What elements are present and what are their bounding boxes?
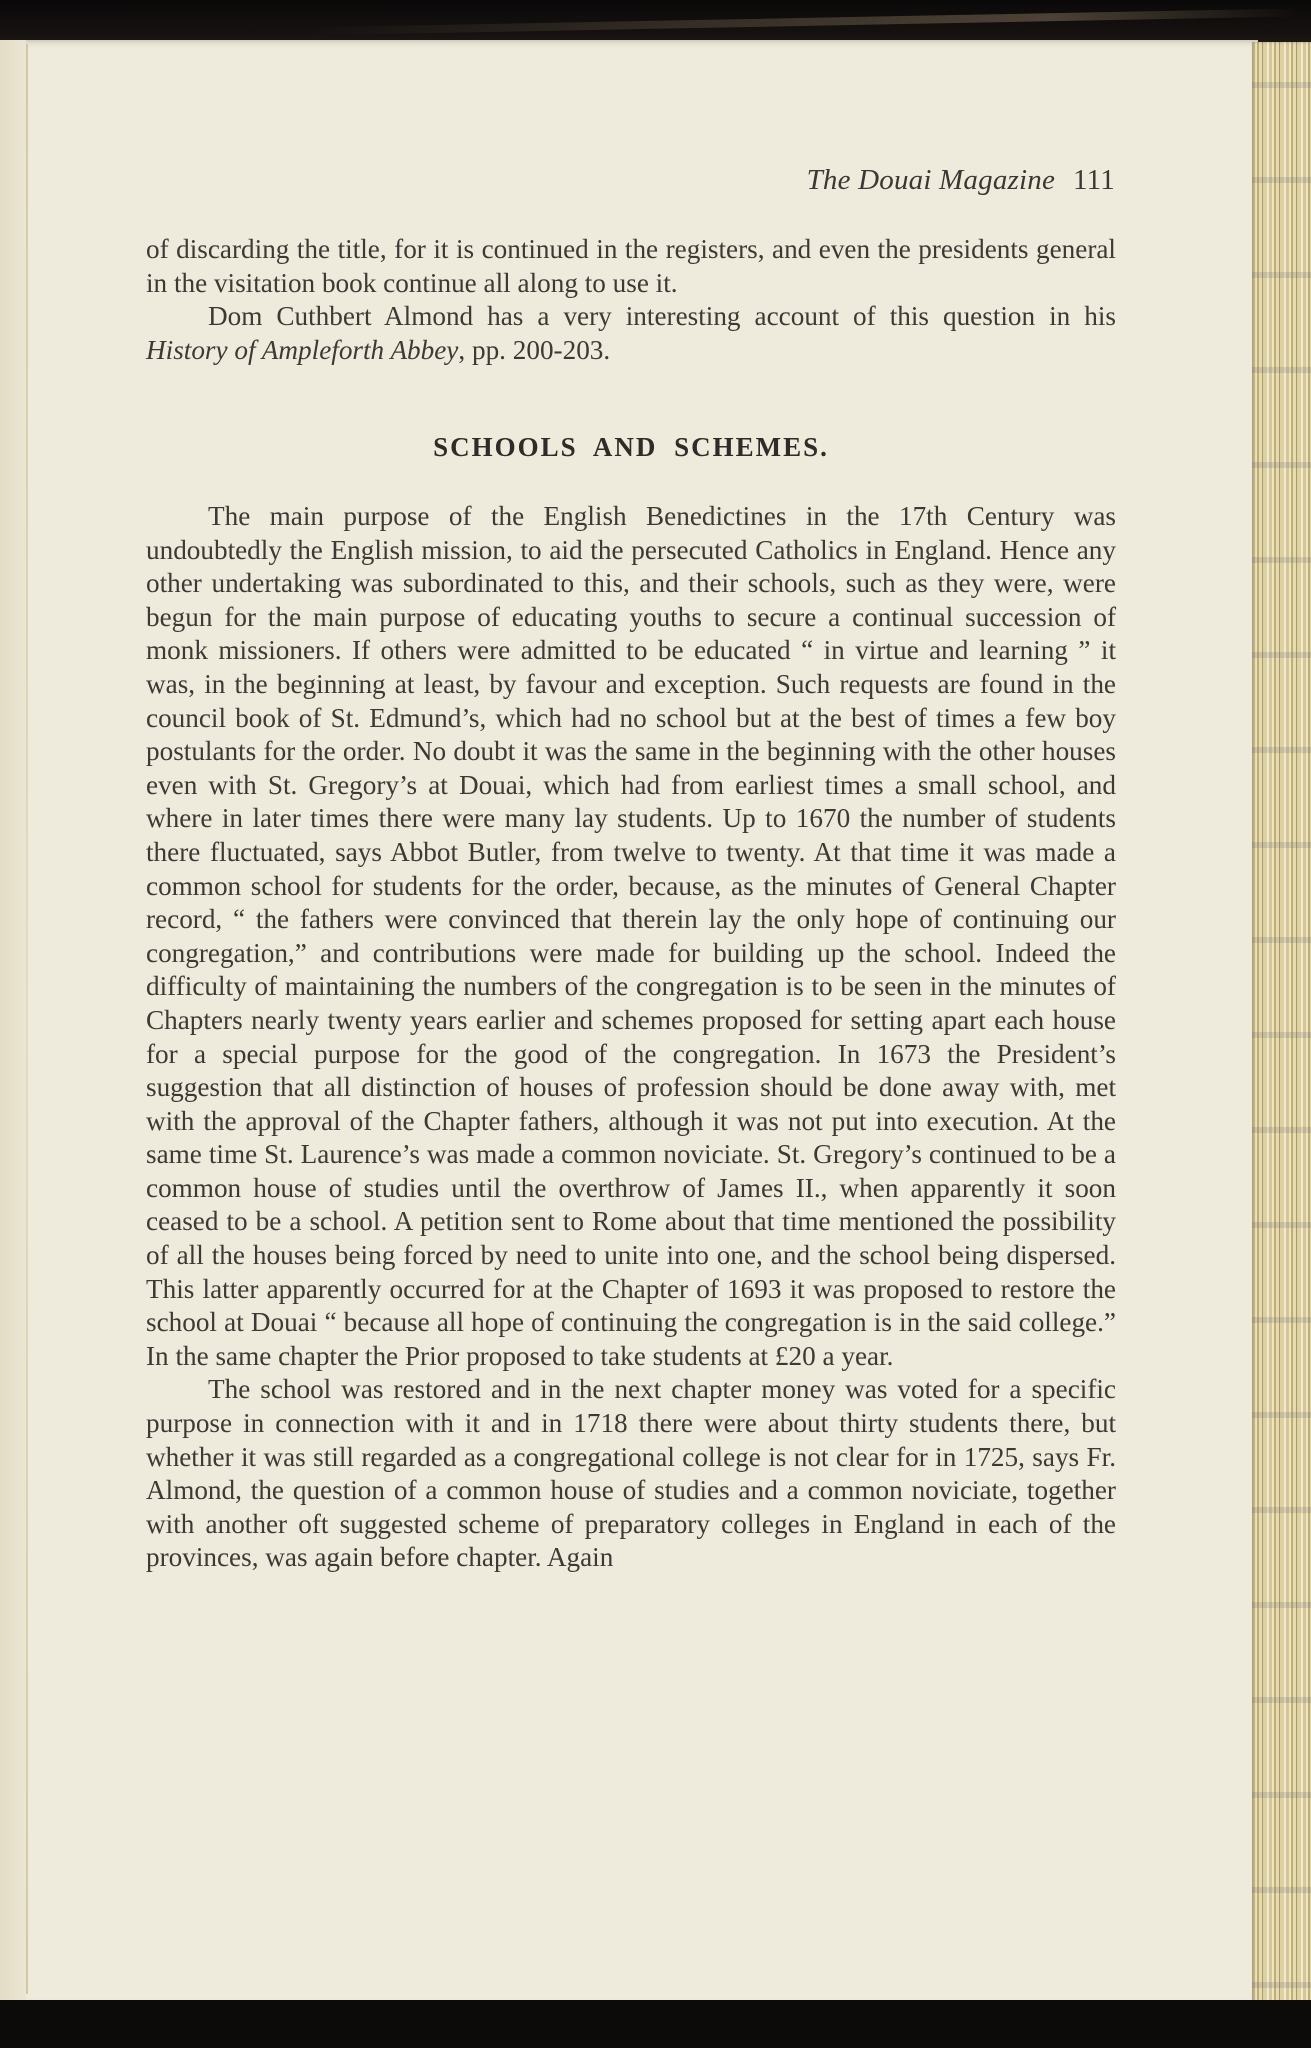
book-cover-edge [300, 8, 1300, 35]
citation-lead-text: Dom Cuthbert Almond has a very interesti… [208, 301, 1116, 331]
magazine-title: The Douai Magazine [807, 164, 1055, 196]
intro-paragraph-citation: Dom Cuthbert Almond has a very interesti… [146, 300, 1116, 367]
scanner-background-bottom [0, 2000, 1311, 2048]
page-number: 111 [1073, 164, 1115, 196]
body-paragraph: The school was restored and in the next … [146, 1373, 1116, 1575]
intro-text: of discarding the title, for it is conti… [146, 233, 1116, 367]
page-fold-line [26, 44, 28, 1994]
running-header: The Douai Magazine111 [807, 164, 1115, 197]
section-heading: SCHOOLS AND SCHEMES. [146, 432, 1116, 463]
intro-paragraph-continued: of discarding the title, for it is conti… [146, 233, 1116, 300]
body-paragraph: The main purpose of the English Benedict… [146, 500, 1116, 1373]
page-gutter [0, 40, 26, 2006]
section-body: The main purpose of the English Benedict… [146, 500, 1116, 1575]
citation-pages: , pp. 200-203. [458, 335, 610, 365]
cited-book-title: History of Ampleforth Abbey [146, 335, 458, 365]
book-page-edges [1252, 42, 1311, 2004]
